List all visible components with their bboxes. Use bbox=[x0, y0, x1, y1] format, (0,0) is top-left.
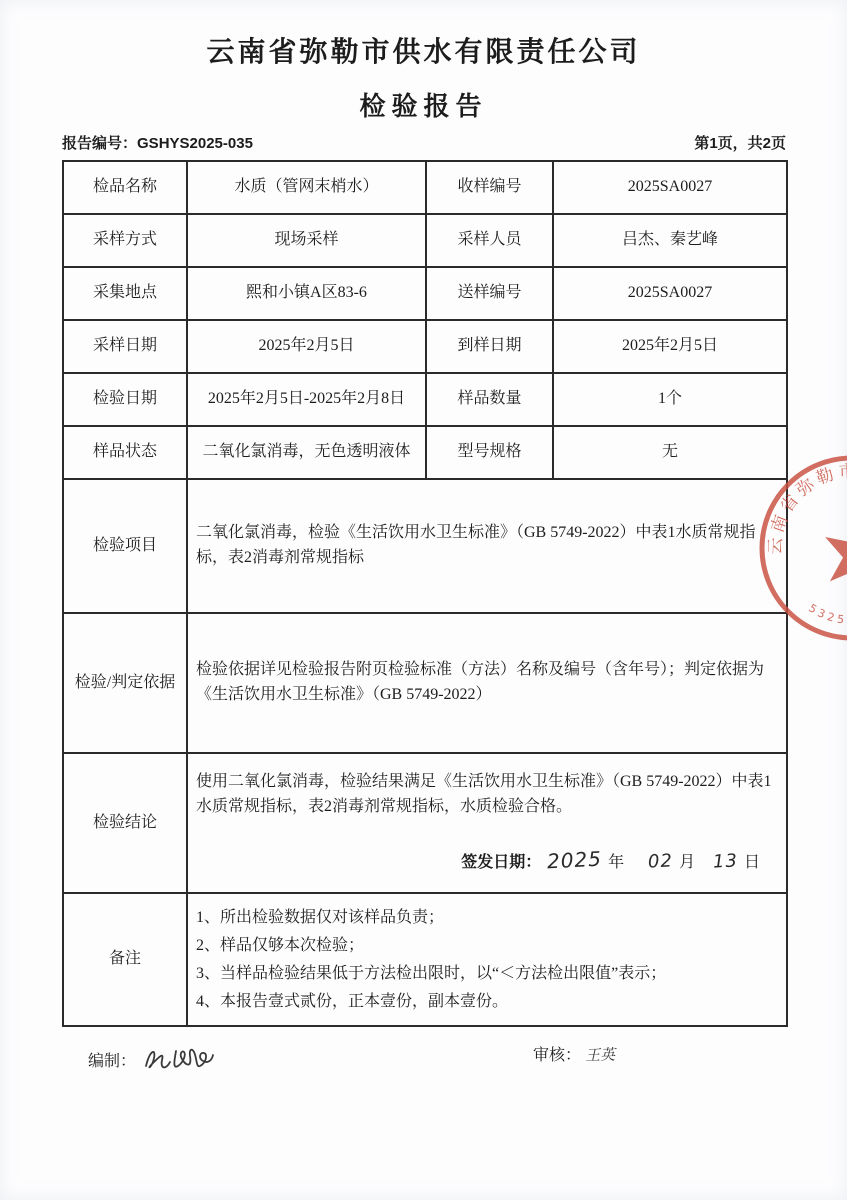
compiler-block: 编制： bbox=[88, 1042, 218, 1076]
sign-date-year-handwritten: 2025 bbox=[546, 844, 602, 878]
reviewer-label: 审核： bbox=[533, 1042, 581, 1065]
cell-value: 2025年2月5日 bbox=[553, 320, 787, 373]
conclusion-cell: 使用二氧化氯消毒，检验结果满足《生活饮用水卫生标准》（GB 5749-2022）… bbox=[187, 753, 787, 893]
remark-line: 2、样品仅够本次检验； bbox=[196, 932, 778, 960]
cell-label: 检品名称 bbox=[63, 161, 187, 214]
report-number-label: 报告编号： bbox=[62, 135, 137, 152]
compiler-signature-handwritten bbox=[140, 1042, 218, 1076]
reviewer-signature-handwritten: 王英 bbox=[585, 1043, 616, 1065]
cell-label: 样品状态 bbox=[63, 426, 187, 479]
report-title: 检验报告 bbox=[0, 86, 847, 123]
remark-line: 1、所出检验数据仅对该样品负责； bbox=[196, 904, 778, 932]
cell-label: 检验/判定依据 bbox=[63, 613, 187, 753]
cell-label: 采样方式 bbox=[63, 214, 187, 267]
table-row: 采样方式 现场采样 采样人员 吕杰、秦艺峰 bbox=[63, 214, 787, 267]
cell-label: 备注 bbox=[63, 893, 187, 1026]
cell-label: 送样编号 bbox=[426, 267, 553, 320]
cell-label: 型号规格 bbox=[426, 426, 553, 479]
inspection-items-content: 二氧化氯消毒，检验《生活饮用水卫生标准》（GB 5749-2022）中表1水质常… bbox=[187, 479, 787, 613]
report-table: 检品名称 水质（管网末梢水） 收样编号 2025SA0027 采样方式 现场采样… bbox=[62, 160, 788, 1027]
year-suffix: 年 bbox=[608, 851, 624, 876]
cell-value: 熙和小镇A区83-6 bbox=[187, 267, 426, 320]
cell-value: 2025SA0027 bbox=[553, 161, 787, 214]
report-meta-row: 报告编号：GSHYS2025-035 第1页，共2页 bbox=[62, 132, 786, 153]
table-row: 采样日期 2025年2月5日 到样日期 2025年2月5日 bbox=[63, 320, 787, 373]
reviewer-block: 审核： 王英 bbox=[533, 1042, 615, 1065]
cell-value: 无 bbox=[553, 426, 787, 479]
cell-label: 到样日期 bbox=[426, 320, 553, 373]
sign-date-label: 签发日期： bbox=[461, 851, 541, 876]
cell-value: 2025SA0027 bbox=[553, 267, 787, 320]
cell-value: 现场采样 bbox=[187, 214, 426, 267]
cell-label: 检验结论 bbox=[63, 753, 187, 893]
cell-value: 二氧化氯消毒，无色透明液体 bbox=[187, 426, 426, 479]
cell-label: 采样人员 bbox=[426, 214, 553, 267]
cell-value: 水质（管网末梢水） bbox=[187, 161, 426, 214]
cell-label: 样品数量 bbox=[426, 373, 553, 426]
cell-label: 收样编号 bbox=[426, 161, 553, 214]
cell-label: 检验项目 bbox=[63, 479, 187, 613]
report-number: 报告编号：GSHYS2025-035 bbox=[62, 132, 253, 153]
table-row-inspection-items: 检验项目 二氧化氯消毒，检验《生活饮用水卫生标准》（GB 5749-2022）中… bbox=[63, 479, 787, 613]
table-row: 采集地点 熙和小镇A区83-6 送样编号 2025SA0027 bbox=[63, 267, 787, 320]
table-row-remarks: 备注 1、所出检验数据仅对该样品负责； 2、样品仅够本次检验； 3、当样品检验结… bbox=[63, 893, 787, 1026]
footer-signature-row: 编制： 审核： 王英 bbox=[88, 1042, 767, 1076]
table-row-judgment-basis: 检验/判定依据 检验依据详见检验报告附页检验标准（方法）名称及编号（含年号）；判… bbox=[63, 613, 787, 753]
sign-date-month-handwritten: 02 bbox=[647, 848, 673, 877]
conclusion-text: 使用二氧化氯消毒，检验结果满足《生活饮用水卫生标准》（GB 5749-2022）… bbox=[196, 770, 778, 820]
table-row-conclusion: 检验结论 使用二氧化氯消毒，检验结果满足《生活饮用水卫生标准》（GB 5749-… bbox=[63, 753, 787, 893]
day-suffix: 日 bbox=[744, 851, 760, 876]
table-row: 样品状态 二氧化氯消毒，无色透明液体 型号规格 无 bbox=[63, 426, 787, 479]
table-row: 检验日期 2025年2月5日-2025年2月8日 样品数量 1个 bbox=[63, 373, 787, 426]
report-number-value: GSHYS2025-035 bbox=[137, 135, 253, 152]
page-indicator: 第1页，共2页 bbox=[694, 132, 786, 153]
cell-label: 检验日期 bbox=[63, 373, 187, 426]
cell-value: 2025年2月5日 bbox=[187, 320, 426, 373]
cell-label: 采集地点 bbox=[63, 267, 187, 320]
sign-date-day-handwritten: 13 bbox=[712, 848, 738, 877]
seal-serial-number: 532500 bbox=[806, 601, 847, 626]
sign-date-line: 签发日期： 2025 年 02 月 13 日 bbox=[196, 845, 778, 876]
cell-label: 采样日期 bbox=[63, 320, 187, 373]
report-page: 云南省弥勒市供水有限责任公司 检验报告 报告编号：GSHYS2025-035 第… bbox=[0, 0, 847, 1200]
cell-value: 1个 bbox=[553, 373, 787, 426]
remarks-cell: 1、所出检验数据仅对该样品负责； 2、样品仅够本次检验； 3、当样品检验结果低于… bbox=[187, 893, 787, 1026]
month-suffix: 月 bbox=[679, 851, 695, 876]
seal-star-icon bbox=[816, 511, 847, 593]
cell-value: 吕杰、秦艺峰 bbox=[553, 214, 787, 267]
company-title: 云南省弥勒市供水有限责任公司 bbox=[0, 30, 847, 70]
cell-value: 2025年2月5日-2025年2月8日 bbox=[187, 373, 426, 426]
judgment-basis-content: 检验依据详见检验报告附页检验标准（方法）名称及编号（含年号）；判定依据为《生活饮… bbox=[187, 613, 787, 753]
remark-line: 4、本报告壹式贰份，正本壹份，副本壹份。 bbox=[196, 988, 778, 1016]
compiler-label: 编制： bbox=[88, 1048, 136, 1071]
table-row: 检品名称 水质（管网末梢水） 收样编号 2025SA0027 bbox=[63, 161, 787, 214]
remark-line: 3、当样品检验结果低于方法检出限时，以“＜方法检出限值”表示； bbox=[196, 960, 778, 988]
